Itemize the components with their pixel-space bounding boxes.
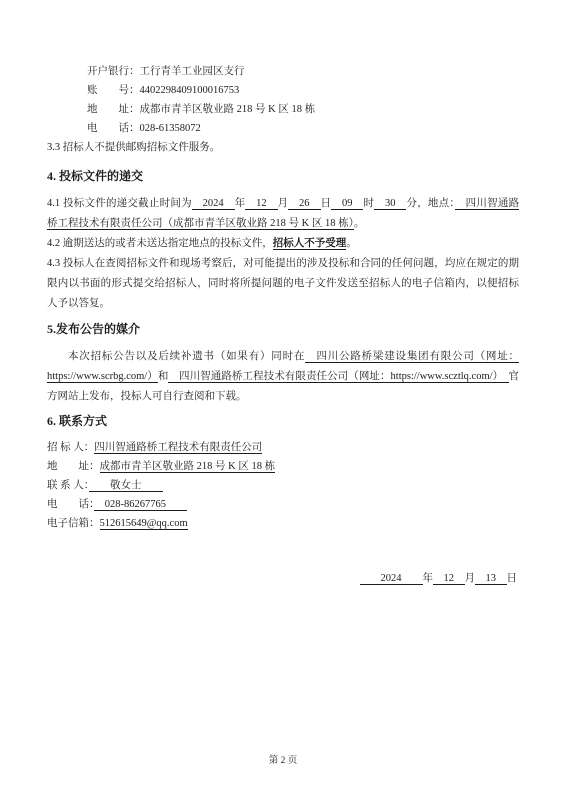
contact-person-label: 联 系 人： bbox=[47, 480, 89, 491]
signature-date-line: 2024 年 12 月 13 日 bbox=[47, 569, 519, 589]
contact-person-value: 敬女士 bbox=[89, 480, 163, 492]
section-4-heading: 4. 投标文件的递交 bbox=[47, 166, 519, 186]
media-site-2: 四川智通路桥工程技术有限责任公司（网址：https://www.scztlq.c… bbox=[168, 371, 508, 383]
deadline-day-blank: 26 bbox=[288, 198, 320, 210]
bank-info-block: 开户银行：工行青羊工业园区支行 账 号：4402298409100016753 … bbox=[87, 62, 519, 138]
tenderer-label: 招 标 人： bbox=[47, 442, 94, 453]
year-char: 年 bbox=[235, 198, 246, 209]
address-value: 成都市青羊区敬业路 218 号 K 区 18 栋 bbox=[140, 104, 316, 115]
not-accepted-emphasis: 招标人不予受理 bbox=[273, 238, 347, 250]
date-day-blank: 13 bbox=[475, 573, 507, 585]
year-char: 年 bbox=[423, 573, 434, 584]
bank-line-address: 地 址：成都市青羊区敬业路 218 号 K 区 18 栋 bbox=[87, 100, 519, 119]
bank-label: 开户银行： bbox=[87, 66, 140, 77]
contact-line-email: 电子信箱：512615649@qq.com bbox=[47, 514, 519, 533]
deadline-minute-blank: 30 bbox=[374, 198, 406, 210]
section-5-heading: 5.发布公告的媒介 bbox=[47, 319, 519, 339]
clause-4-1-text: 4.1 投标文件的递交截止时间为 bbox=[47, 198, 192, 209]
contact-info-block: 招 标 人：四川智通路桥工程技术有限责任公司 地 址：成都市青羊区敬业路 218… bbox=[47, 438, 519, 533]
and-char: 和 bbox=[158, 371, 169, 382]
date-year-blank: 2024 bbox=[360, 573, 423, 585]
contact-line-address: 地 址：成都市青羊区敬业路 218 号 K 区 18 栋 bbox=[47, 457, 519, 476]
contact-address-label: 地 址： bbox=[47, 461, 100, 472]
section-6-heading: 6. 联系方式 bbox=[47, 411, 519, 431]
announcement-media-paragraph: 本次招标公告以及后续补遗书（如果有）同时在 四川公路桥梁建设集团有限公司（网址：… bbox=[47, 347, 519, 407]
address-label: 地 址： bbox=[87, 104, 140, 115]
bank-line-phone: 电 话：028-61358072 bbox=[87, 119, 519, 138]
hour-char: 时 bbox=[363, 198, 374, 209]
contact-address-value: 成都市青羊区敬业路 218 号 K 区 18 栋 bbox=[100, 461, 276, 473]
date-month-blank: 12 bbox=[433, 573, 465, 585]
phone-value: 028-61358072 bbox=[140, 123, 201, 134]
clause-4-2: 4.2 逾期送达的或者未送达指定地点的投标文件，招标人不予受理。 bbox=[47, 234, 519, 254]
contact-line-person: 联 系 人： 敬女士 bbox=[47, 476, 519, 495]
document-content: 开户银行：工行青羊工业园区支行 账 号：4402298409100016753 … bbox=[0, 0, 566, 589]
day-char: 日 bbox=[321, 198, 332, 209]
location-label: 分，地点： bbox=[406, 198, 454, 209]
bank-line-opening-bank: 开户银行：工行青羊工业园区支行 bbox=[87, 62, 519, 81]
clause-4-3: 4.3 投标人在查阅招标文件和现场考察后，对可能提出的涉及投标和合同的任何问题，… bbox=[47, 254, 519, 314]
bank-value: 工行青羊工业园区支行 bbox=[140, 66, 245, 77]
announcement-intro-text: 本次招标公告以及后续补遗书（如果有）同时在 bbox=[68, 351, 305, 362]
clause-3-3: 3.3 招标人不提供邮购招标文件服务。 bbox=[47, 138, 519, 157]
contact-phone-value: 028-86267765 bbox=[94, 499, 187, 511]
month-char: 月 bbox=[278, 198, 289, 209]
contact-line-phone: 电 话： 028-86267765 bbox=[47, 495, 519, 514]
contact-email-value: 512615649@qq.com bbox=[100, 518, 188, 530]
contact-phone-label: 电 话： bbox=[47, 499, 94, 510]
clause-4-2-text: 4.2 逾期送达的或者未送达指定地点的投标文件， bbox=[47, 238, 273, 249]
day-char: 日 bbox=[507, 573, 518, 584]
period-char: 。 bbox=[346, 238, 357, 249]
account-value: 4402298409100016753 bbox=[140, 85, 240, 96]
contact-line-tenderer: 招 标 人：四川智通路桥工程技术有限责任公司 bbox=[47, 438, 519, 457]
deadline-hour-blank: 09 bbox=[331, 198, 363, 210]
deadline-month-blank: 12 bbox=[245, 198, 277, 210]
phone-label: 电 话： bbox=[87, 123, 140, 134]
month-char: 月 bbox=[465, 573, 476, 584]
account-label: 账 号： bbox=[87, 85, 140, 96]
bank-line-account-number: 账 号：4402298409100016753 bbox=[87, 81, 519, 100]
period-char: 。 bbox=[354, 218, 365, 229]
clause-4-1: 4.1 投标文件的递交截止时间为 2024 年 12 月 26 日 09 时 3… bbox=[47, 194, 519, 234]
deadline-year-blank: 2024 bbox=[192, 198, 235, 210]
tenderer-value: 四川智通路桥工程技术有限责任公司 bbox=[94, 442, 262, 454]
document-page: 开户银行：工行青羊工业园区支行 账 号：4402298409100016753 … bbox=[0, 0, 566, 800]
contact-email-label: 电子信箱： bbox=[47, 518, 100, 529]
page-number-footer: 第 2 页 bbox=[0, 752, 566, 766]
